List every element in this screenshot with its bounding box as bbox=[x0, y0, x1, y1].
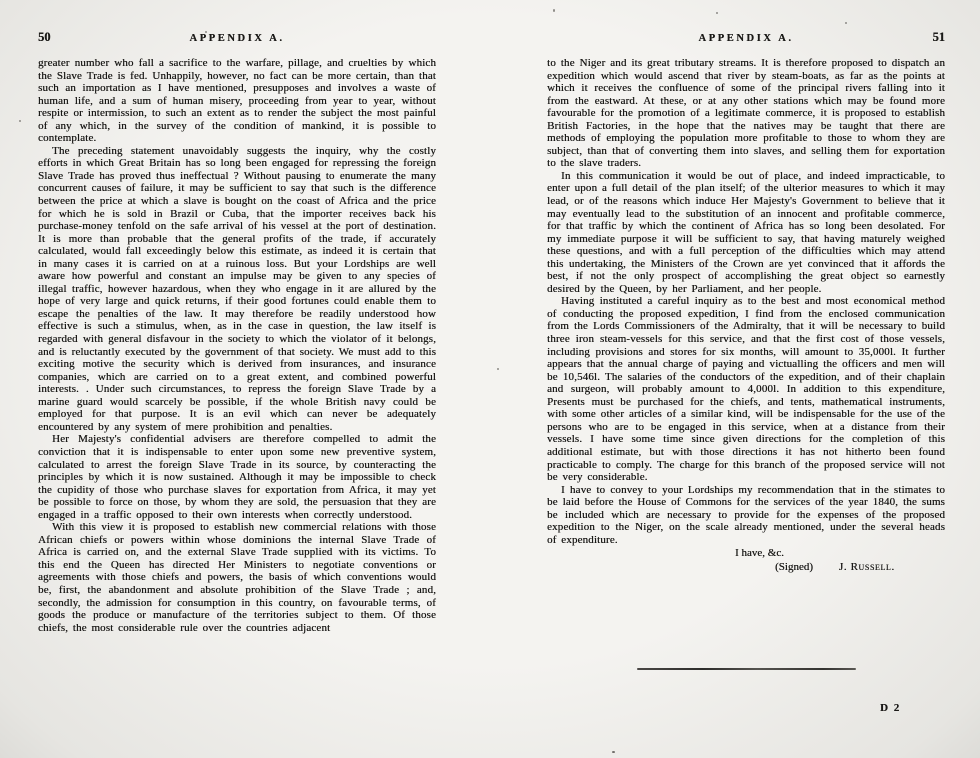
page-number: 51 bbox=[893, 30, 945, 45]
page-50-body: greater number who fall a sacrifice to t… bbox=[38, 57, 436, 634]
signature-name: J. Russell. bbox=[839, 560, 895, 574]
page-51-header: APPENDIX A. 51 bbox=[547, 30, 945, 45]
scan-speck bbox=[845, 22, 847, 24]
scan-speck bbox=[497, 368, 499, 370]
signed-label: (Signed) bbox=[775, 560, 813, 574]
body-paragraph: With this view it is proposed to establi… bbox=[38, 521, 436, 634]
body-paragraph: Having instituted a careful inquiry as t… bbox=[547, 295, 945, 483]
scanned-book-spread: 50 APPENDIX A. greater number who fall a… bbox=[0, 0, 980, 758]
valediction: I have, &c. bbox=[547, 547, 945, 560]
scan-speck bbox=[716, 12, 718, 14]
page-50: 50 APPENDIX A. greater number who fall a… bbox=[38, 30, 436, 634]
page-51-body: to the Niger and its great tributary str… bbox=[547, 57, 945, 546]
scan-speck bbox=[612, 751, 615, 753]
scan-speck bbox=[205, 31, 207, 33]
signature-line: (Signed) J. Russell. bbox=[547, 560, 945, 574]
body-paragraph: I have to convey to your Lordships my re… bbox=[547, 484, 945, 547]
page-50-header: 50 APPENDIX A. bbox=[38, 30, 436, 45]
body-paragraph: to the Niger and its great tributary str… bbox=[547, 57, 945, 170]
section-rule bbox=[637, 668, 856, 670]
printers-signature-mark: D 2 bbox=[880, 702, 901, 714]
body-paragraph: greater number who fall a sacrifice to t… bbox=[38, 57, 436, 145]
scan-speck bbox=[19, 120, 21, 122]
body-paragraph: Her Majesty's confidential advisers are … bbox=[38, 433, 436, 521]
body-paragraph: In this communication it would be out of… bbox=[547, 170, 945, 295]
scan-speck bbox=[553, 9, 555, 12]
running-head: APPENDIX A. bbox=[90, 33, 384, 44]
page-51: APPENDIX A. 51 to the Niger and its grea… bbox=[547, 30, 945, 574]
running-head: APPENDIX A. bbox=[599, 33, 893, 44]
page-number: 50 bbox=[38, 30, 90, 45]
body-paragraph: The preceding statement unavoidably sugg… bbox=[38, 145, 436, 434]
